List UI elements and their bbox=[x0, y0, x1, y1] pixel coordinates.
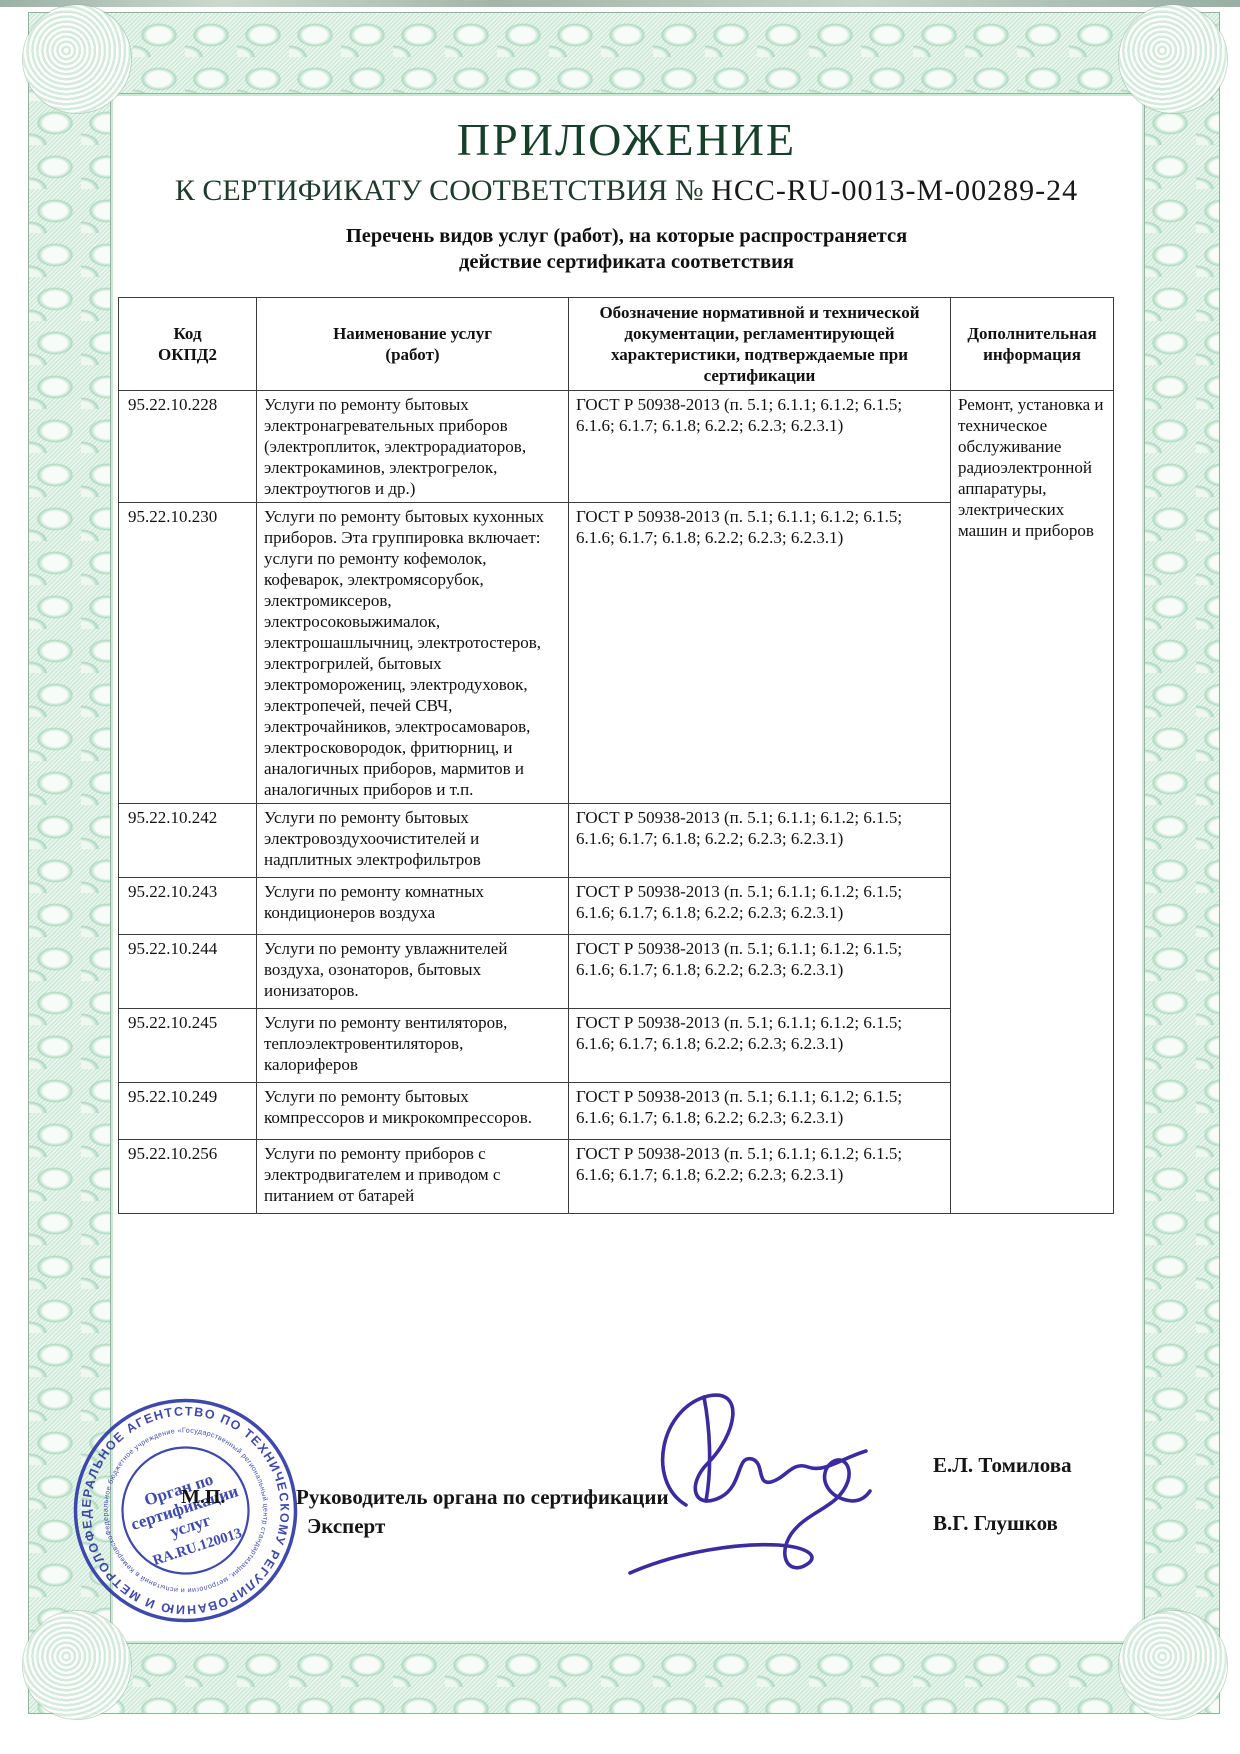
gost-doc-cell: ГОСТ Р 50938-2013 (п. 5.1; 6.1.1; 6.1.2;… bbox=[569, 1140, 951, 1214]
col-header-service-name: Наименование услуг(работ) bbox=[257, 298, 569, 391]
page-title: ПРИЛОЖЕНИЕ bbox=[110, 113, 1143, 166]
gost-doc-cell: ГОСТ Р 50938-2013 (п. 5.1; 6.1.1; 6.1.2;… bbox=[569, 935, 951, 1009]
okpd-code-cell: 95.22.10.245 bbox=[119, 1009, 257, 1083]
service-name-cell: Услуги по ремонту комнатных кондиционеро… bbox=[257, 878, 569, 935]
border-band-bottom bbox=[29, 1643, 1219, 1713]
additional-info-cell: Ремонт, установка и техническое обслужив… bbox=[951, 391, 1114, 1214]
service-name-cell: Услуги по ремонту вентиляторов, теплоэле… bbox=[257, 1009, 569, 1083]
document-content: ПРИЛОЖЕНИЕ К СЕРТИФИКАТУ СООТВЕТСТВИЯ № … bbox=[110, 93, 1143, 1214]
head-of-body-name: Е.Л. Томилова bbox=[933, 1453, 1072, 1478]
scope-description: Перечень видов услуг (работ), на которые… bbox=[110, 224, 1143, 275]
gost-doc-cell: ГОСТ Р 50938-2013 (п. 5.1; 6.1.1; 6.1.2;… bbox=[569, 1009, 951, 1083]
col-header-normative-docs: Обозначение нормативной и техническойдок… bbox=[569, 298, 951, 391]
gost-doc-cell: ГОСТ Р 50938-2013 (п. 5.1; 6.1.1; 6.1.2;… bbox=[569, 804, 951, 878]
service-name-cell: Услуги по ремонту бытовых кухонных прибо… bbox=[257, 503, 569, 804]
okpd-code-cell: 95.22.10.230 bbox=[119, 503, 257, 804]
border-band-right bbox=[1144, 13, 1219, 1713]
services-table: КодОКПД2 Наименование услуг(работ) Обозн… bbox=[118, 297, 1114, 1214]
service-name-cell: Услуги по ремонту увлажнителей воздуха, … bbox=[257, 935, 569, 1009]
okpd-code-cell: 95.22.10.242 bbox=[119, 804, 257, 878]
service-name-cell: Услуги по ремонту бытовых компрессоров и… bbox=[257, 1083, 569, 1140]
col-header-additional-info: Дополнительнаяинформация bbox=[951, 298, 1114, 391]
okpd-code-cell: 95.22.10.243 bbox=[119, 878, 257, 935]
col-header-okpd-code: КодОКПД2 bbox=[119, 298, 257, 391]
okpd-code-cell: 95.22.10.256 bbox=[119, 1140, 257, 1214]
okpd-code-cell: 95.22.10.249 bbox=[119, 1083, 257, 1140]
service-name-cell: Услуги по ремонту бытовых электронагрева… bbox=[257, 391, 569, 503]
expert-label: Эксперт bbox=[307, 1514, 385, 1539]
certificate-number: НСС-RU-0013-М-00289-24 bbox=[711, 174, 1078, 207]
stamp-place-mark: М.П. bbox=[181, 1486, 225, 1509]
head-signature bbox=[663, 1395, 866, 1505]
gost-doc-cell: ГОСТ Р 50938-2013 (п. 5.1; 6.1.1; 6.1.2;… bbox=[569, 391, 951, 503]
handwritten-signatures bbox=[608, 1383, 938, 1588]
certification-body-stamp: ФЕДЕРАЛЬНОЕ АГЕНТСТВО ПО ТЕХНИЧЕСКОМУ РЕ… bbox=[68, 1393, 303, 1628]
subtitle-label: К СЕРТИФИКАТУ СООТВЕТСТВИЯ № bbox=[175, 174, 704, 207]
table-header-row: КодОКПД2 Наименование услуг(работ) Обозн… bbox=[119, 298, 1114, 391]
certificate-annex-page: ПРИЛОЖЕНИЕ К СЕРТИФИКАТУ СООТВЕТСТВИЯ № … bbox=[0, 0, 1240, 1754]
scan-edge-artifact bbox=[0, 0, 1240, 7]
okpd-code-cell: 95.22.10.244 bbox=[119, 935, 257, 1009]
service-name-cell: Услуги по ремонту бытовых электровоздухо… bbox=[257, 804, 569, 878]
corner-ornament-bottom-right bbox=[1119, 1611, 1227, 1719]
service-name-cell: Услуги по ремонту приборов с электродвиг… bbox=[257, 1140, 569, 1214]
gost-doc-cell: ГОСТ Р 50938-2013 (п. 5.1; 6.1.1; 6.1.2;… bbox=[569, 1083, 951, 1140]
okpd-code-cell: 95.22.10.228 bbox=[119, 391, 257, 503]
border-band-top bbox=[29, 13, 1219, 94]
expert-name: В.Г. Глушков bbox=[933, 1511, 1058, 1536]
gost-doc-cell: ГОСТ Р 50938-2013 (п. 5.1; 6.1.1; 6.1.2;… bbox=[569, 878, 951, 935]
certificate-subtitle: К СЕРТИФИКАТУ СООТВЕТСТВИЯ № НСС-RU-0013… bbox=[110, 174, 1143, 208]
table-row: 95.22.10.228 Услуги по ремонту бытовых э… bbox=[119, 391, 1114, 503]
gost-doc-cell: ГОСТ Р 50938-2013 (п. 5.1; 6.1.1; 6.1.2;… bbox=[569, 503, 951, 804]
